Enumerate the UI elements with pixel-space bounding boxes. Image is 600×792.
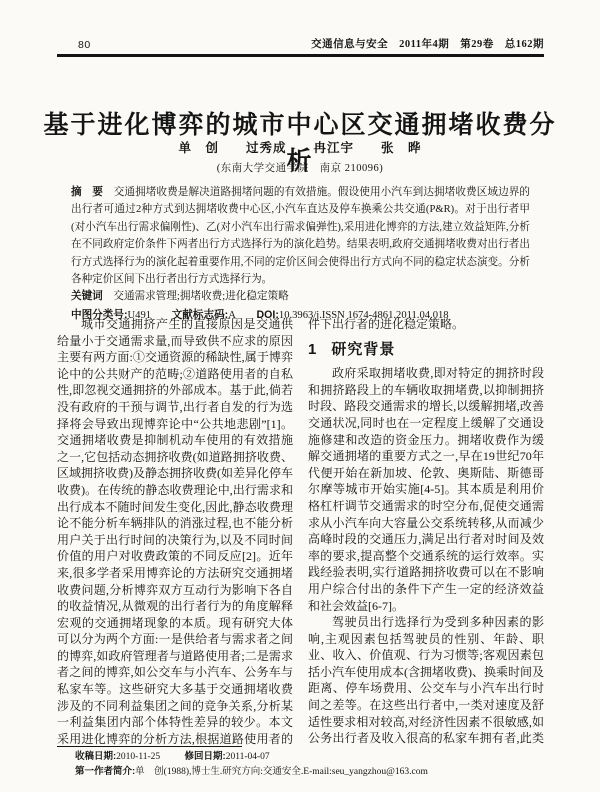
abstract-text: 交通拥堵收费是解决道路拥堵问题的有效措施。假设使用小汽车到达拥堵收费区域边界的出… [71, 187, 530, 285]
header-rule [57, 54, 544, 57]
journal-paper-page: 80 交通信息与安全 2011年4期 第29卷 总162期 基于进化博弈的城市中… [0, 0, 600, 792]
footnote-rule [57, 746, 242, 747]
received-label: 收稿日期: [75, 751, 116, 762]
keywords-label: 关键词 [71, 290, 103, 302]
section-number: 1 [308, 341, 317, 358]
bio-text: 单 创(1988),博士生.研究方向:交通安全.E-mail:seu_yangz… [135, 767, 428, 777]
section-heading: 1研究背景 [308, 342, 544, 359]
affiliation: (东南大学交通学院 南京 210096) [0, 160, 600, 175]
revised-date: 2011-04-07 [226, 752, 270, 762]
authors-line: 单 创 过秀成 冉江宇 张 晔 [0, 138, 600, 156]
bio-label: 第一作者简介: [75, 766, 135, 777]
footnote-dates: 收稿日期:2010-11-25 修回日期:2011-04-07 [75, 750, 560, 764]
received-date: 2010-11-25 [116, 752, 160, 762]
keywords-text: 交通需求管理;拥堵收费;进化稳定策略 [113, 291, 288, 302]
body-paragraph-intro: 城市交通拥挤产生的直接原因是交通供给量小于交通需求量,而导致供不应求的原因主要有… [57, 316, 293, 746]
body-paragraph-background: 政府采取拥堵收费,即对特定的拥挤时段和拥挤路段上的车辆收取拥堵费,以抑制拥挤时段… [308, 365, 544, 614]
body-columns: 城市交通拥挤产生的直接原因是交通供给量小于交通需求量,而导致供不应求的原因主要有… [57, 316, 545, 746]
paragraph-continuation: 件下出行者的进化稳定策略。 [308, 316, 544, 333]
received-segment: 收稿日期:2010-11-25 [75, 752, 160, 762]
revised-label: 修回日期: [185, 751, 226, 762]
section-title: 研究背景 [331, 341, 395, 358]
revised-segment: 修回日期:2011-04-07 [185, 752, 270, 762]
right-column: 件下出行者的进化稳定策略。 1研究背景 政府采取拥堵收费,即对特定的拥挤时段和拥… [308, 316, 544, 746]
left-column: 城市交通拥挤产生的直接原因是交通供给量小于交通需求量,而导致供不应求的原因主要有… [57, 316, 293, 746]
abstract-label: 摘 要 [71, 186, 103, 198]
footnote-bio: 第一作者简介:单 创(1988),博士生.研究方向:交通安全.E-mail:se… [75, 765, 560, 779]
footnote-block: 收稿日期:2010-11-25 修回日期:2011-04-07 第一作者简介:单… [57, 746, 560, 780]
abstract-block: 摘 要 交通拥堵收费是解决道路拥堵问题的有效措施。假设使用小汽车到达拥堵收费区域… [71, 184, 530, 324]
page-header: 80 交通信息与安全 2011年4期 第29卷 总162期 [58, 36, 544, 51]
journal-info: 交通信息与安全 2011年4期 第29卷 总162期 [311, 36, 544, 51]
page-number: 80 [58, 39, 91, 51]
keywords-line: 关键词 交通需求管理;拥堵收费;进化稳定策略 [71, 288, 530, 305]
abstract-paragraph: 摘 要 交通拥堵收费是解决道路拥堵问题的有效措施。假设使用小汽车到达拥堵收费区域… [71, 184, 530, 288]
body-paragraph-drivers: 驾驶员出行选择行为受到多种因素的影响,主观因素包括驾驶员的性别、年龄、职业、收入… [308, 614, 544, 746]
